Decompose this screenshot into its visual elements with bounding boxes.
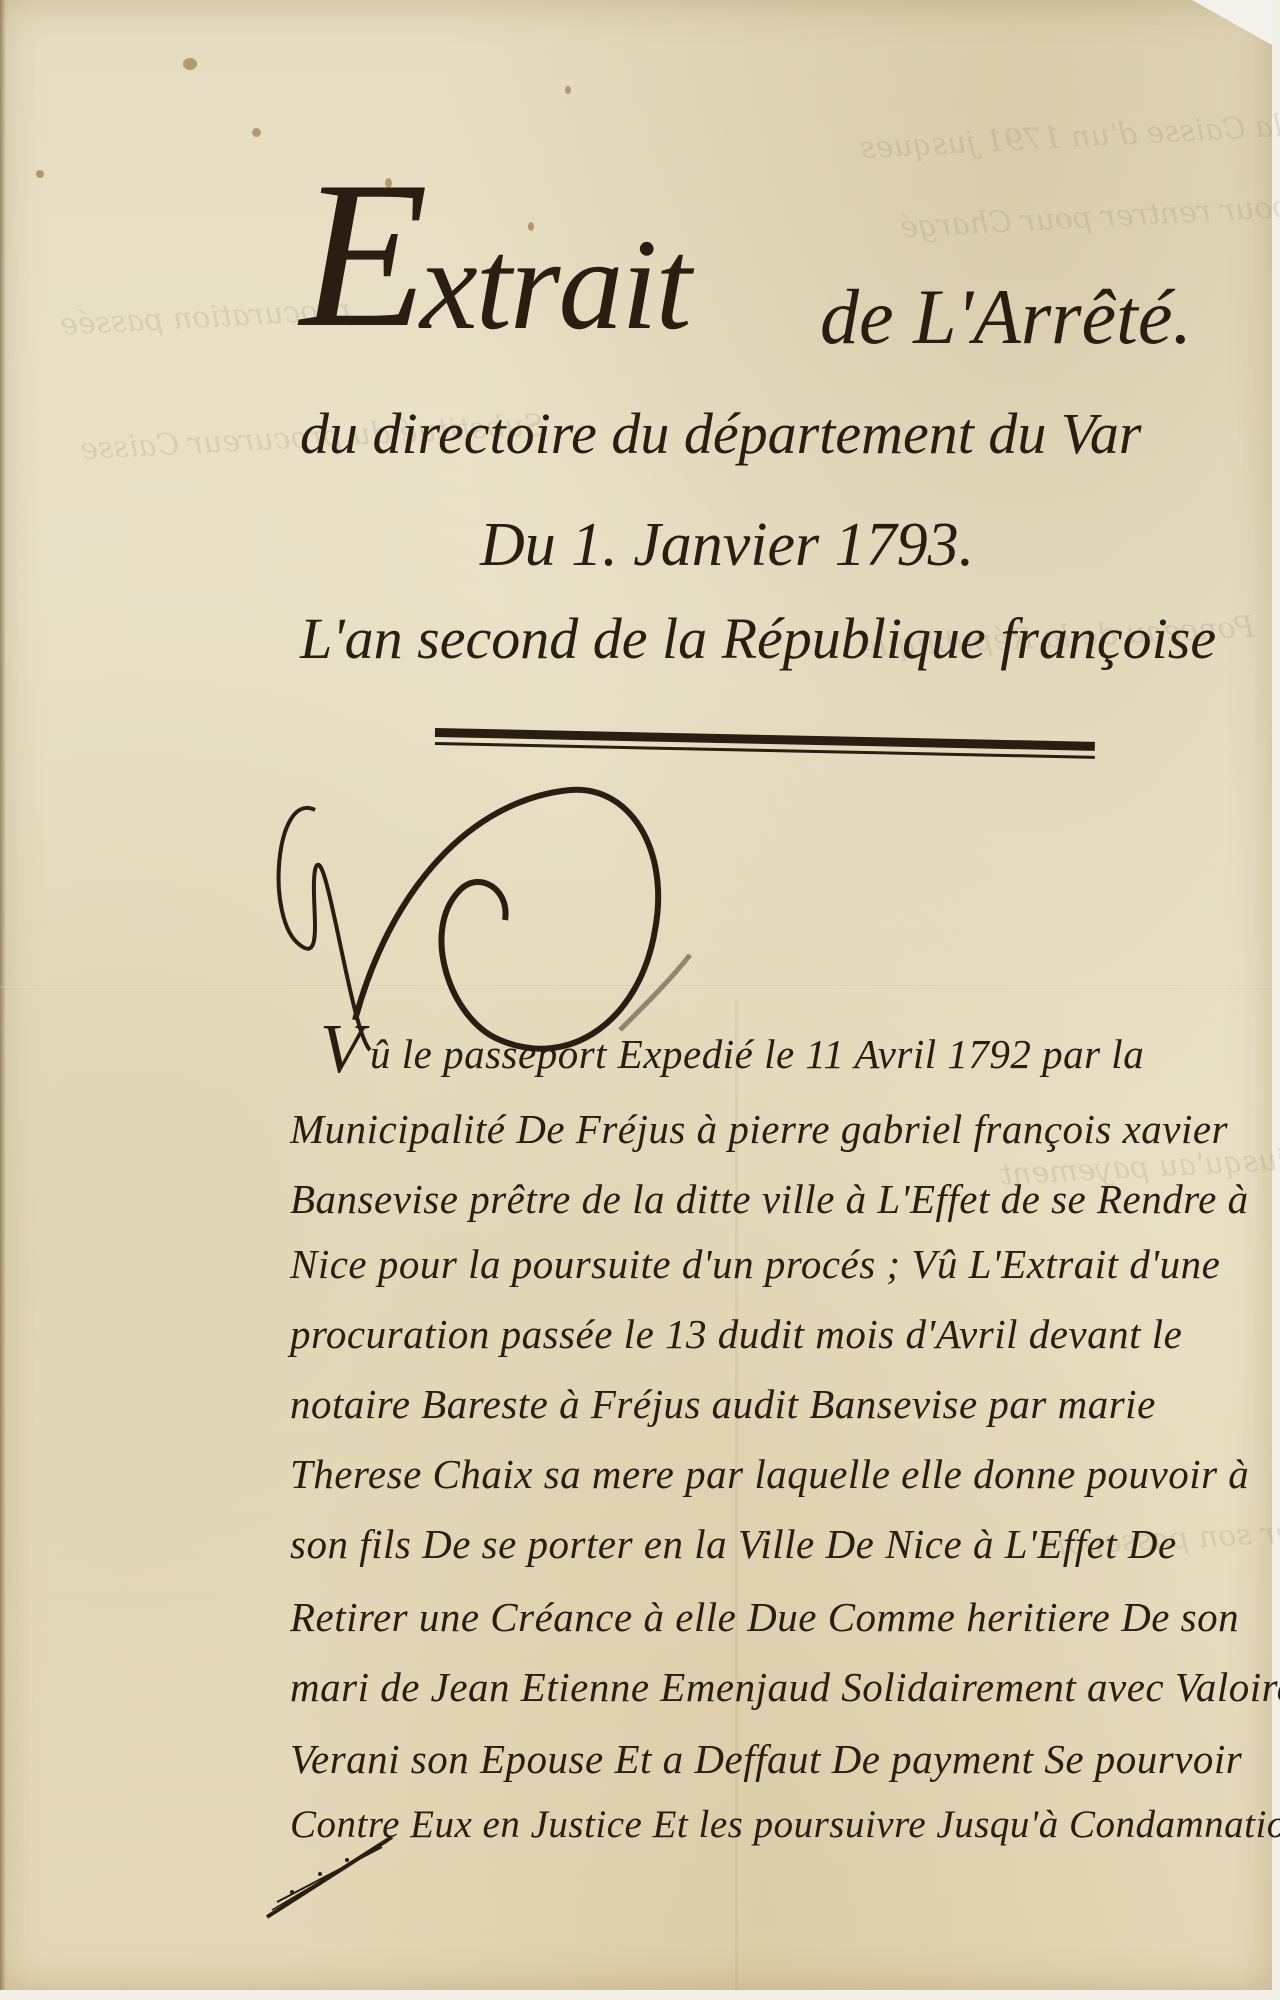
body-line: Verani son Epouse Et a Deffaut De paymen…: [290, 1735, 1242, 1783]
manuscript-page: la Caisse d'un 1791 jusques pour rentrer…: [0, 0, 1272, 1990]
heading-directoire-line: du directoire du département du Var: [300, 400, 1141, 467]
title-initial-E: E: [300, 150, 426, 360]
body-line: son fils De se porter en la Ville De Nic…: [290, 1520, 1177, 1568]
body-line: notaire Bareste à Fréjus audit Bansevise…: [290, 1380, 1156, 1428]
title-rest: de L'Arrêté.: [820, 272, 1192, 362]
body-line: procuration passée le 13 dudit mois d'Av…: [290, 1310, 1182, 1358]
heading-republic-year-line: L'an second de la République françoise: [300, 605, 1216, 672]
paraph-mark-icon: [262, 1832, 402, 1922]
body-line: Contre Eux en Justice Et les poursuivre …: [290, 1802, 1280, 1847]
title-word-extrait: xtrait: [420, 220, 690, 350]
torn-corner: [1192, 0, 1272, 45]
body-line: Therese Chaix sa mere par laquelle elle …: [290, 1450, 1249, 1498]
body-line: Municipalité De Fréjus à pierre gabriel …: [290, 1105, 1228, 1153]
body-initial-V: V: [320, 1010, 363, 1090]
foxing-spot: [36, 170, 44, 178]
body-line: mari de Jean Etienne Emenjaud Solidairem…: [290, 1663, 1280, 1711]
bleed-through-text: la Caisse d'un 1791 jusques: [859, 109, 1280, 166]
left-edge-binding: [0, 0, 6, 1990]
foxing-spot: [183, 58, 197, 70]
heading-date-line: Du 1. Janvier 1793.: [480, 510, 974, 581]
heading-double-rule-thick: [435, 728, 1095, 751]
body-line: Nice pour la poursuite d'un procés ; Vû …: [290, 1240, 1220, 1288]
foxing-spot: [565, 86, 571, 94]
bleed-through-text: pour rentrer pour Chargé: [899, 190, 1280, 245]
body-line: Retirer une Créance à elle Due Comme her…: [290, 1593, 1239, 1641]
foxing-spot: [252, 128, 261, 137]
body-line: Bansevise prêtre de la ditte ville à L'E…: [290, 1175, 1249, 1223]
body-line: û le passeport Expedié le 11 Avril 1792 …: [370, 1030, 1144, 1078]
